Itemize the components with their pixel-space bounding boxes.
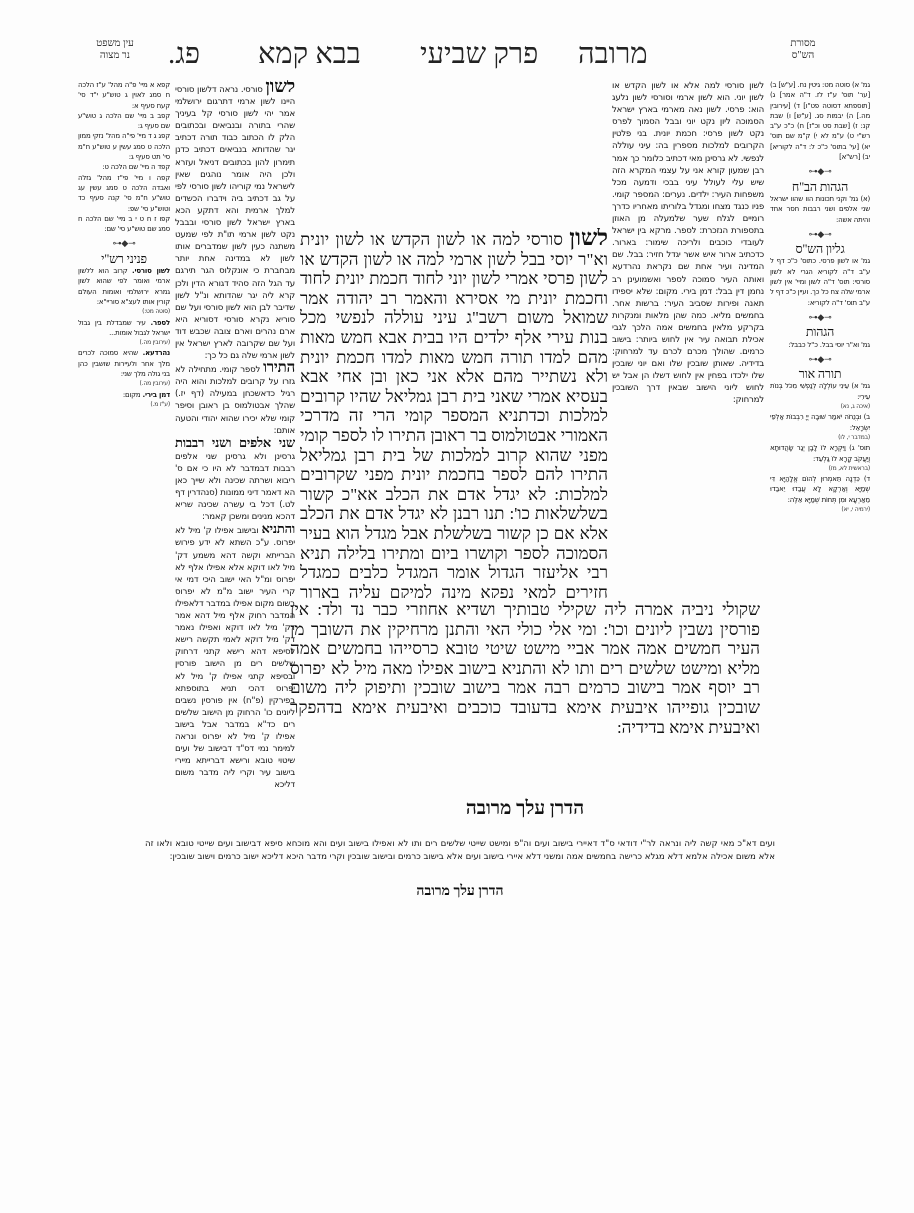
torah-or-title: תורה אור <box>770 369 870 379</box>
gilyon-hashas: גמ' או לשון פרסי. כתוס' כ"כ דף ל ע"ב ד"ה… <box>770 256 870 307</box>
verse: גמ' א) עֵינִי עוֹלְלָה לְנַפְשִׁי מִכֹּל… <box>770 382 870 400</box>
tosafot-text: סורסי. נראה דלשון סורסי היינו לשון ארמי … <box>175 85 295 361</box>
folio-number: פג. <box>168 38 200 70</box>
pninei-source: (עירובין מה.) <box>78 338 170 348</box>
ein-mishpat-entry: קפב ב מיי' שם הלכה ג טוש"ע שם סעיף ג: <box>78 111 170 132</box>
title-line-2: נר מצוה <box>80 50 150 62</box>
torah-or-entry: ב) וּבְנֻחֹה יֹאמַר שׁוּבָה יְיָ רִבְבוֹ… <box>770 412 870 443</box>
pninei-source: (סוטה מט:) <box>78 307 170 317</box>
pninei-entry: נהרדעא. שהיא סמוכה לכרים מלך אחר ולעיירו… <box>78 348 170 389</box>
mesoret-hashas: גמ' א) סוטה מט: גיטין נח. [ע"ש] ב) [ער' … <box>770 80 870 162</box>
mesoret-hashas-title: מסורת הש"ס <box>768 38 838 62</box>
footer-text: ועים דא"כ מאי קשה ליה ונראה לר"י דודאי ס… <box>145 838 775 864</box>
ein-mishpat-title: עין משפט נר מצוה <box>80 38 150 62</box>
rashi-text: לשון סורסי למה אלא או לשון הקדש או לשון … <box>612 80 764 407</box>
pninei-dibbur: לשון סורסי. <box>132 267 170 275</box>
gemara-lead-word: לשון <box>569 228 608 250</box>
ornament-divider: ⊸◆⊷ <box>770 167 870 177</box>
tosafot-dibbur: התירו <box>263 360 295 376</box>
tosafot-text: גרסינן ולא גרסינן שני אלפים רבבות דבמדבר… <box>175 452 295 522</box>
tosafot-dibbur: שני אלפים ושני רבבות <box>175 435 295 450</box>
tosafot-commentary: לשון סורסי. נראה דלשון סורסי היינו לשון … <box>175 80 295 840</box>
pninei-entry: לספר. עיר שמבדלת בין גבול ישראל לגבול או… <box>78 318 170 349</box>
ornament-divider: ⊸◆⊷ <box>770 313 870 323</box>
gemara-text-block-2: שקולי ניביה אמרה ליה שקילי טבותיך ושדיא … <box>290 600 760 780</box>
ornament-divider: ⊸◆⊷ <box>78 239 170 249</box>
hagahot-bach-title: הגהות הב"ח <box>770 182 870 192</box>
chapter-number: פרק שביעי <box>420 38 538 70</box>
ornament-divider: ⊸◆⊷ <box>770 355 870 365</box>
gemara-text-continued: שקולי ניביה אמרה ליה שקילי טבותיך ושדיא … <box>290 600 760 737</box>
title-line-1: עין משפט <box>80 38 150 50</box>
ein-mishpat-entry: קפג ג ד מיי' פי"ה מהל' נזקי ממון הלכה ט … <box>78 131 170 162</box>
pninei-dibbur: לספר. <box>151 319 170 327</box>
ein-mishpat-entry: קפו ז ח ט י ב מיי' שם הלכה ח סמג שם טוש"… <box>78 214 170 235</box>
pninei-entry: דמן בירי. מקום:(ע"ז מ.) <box>78 390 170 411</box>
pninei-text: מקום: <box>123 391 141 399</box>
verse-source: (במדבר י, לו) <box>770 433 870 443</box>
torah-or-entry: גמ' א) עֵינִי עוֹלְלָה לְנַפְשִׁי מִכֹּל… <box>770 381 870 412</box>
torah-or-entry: תוס' ג) וַיִּקְרָא לוֹ לָבָן יְגַר שָׂהֲ… <box>770 443 870 474</box>
ein-mishpat-entry: קפא א מיי' פ"ה מהל' ע"ז הלכה ח סמג לאוין… <box>78 80 170 111</box>
tractate-name: בבא קמא <box>258 38 361 70</box>
ein-mishpat-entry: קפד ה מיי' שם הלכה ט: <box>78 162 170 172</box>
left-margin: קפא א מיי' פ"ה מהל' ע"ז הלכה ח סמג לאוין… <box>78 80 170 480</box>
pninei-entry: לשון סורסי. קרוב הוא ללשון ארמי ואומר לפ… <box>78 266 170 317</box>
talmud-page: מסורת הש"ס מרובה פרק שביעי בבא קמא פג. ע… <box>0 0 914 1213</box>
gilyon-hashas-title: גליון הש"ס <box>770 244 870 254</box>
verse: ב) וּבְנֻחֹה יֹאמַר שׁוּבָה יְיָ רִבְבוֹ… <box>770 413 870 431</box>
hagahot: גמ' וא"ר יוסי בבל. כ"ל כבבל: <box>770 340 870 350</box>
gemara-text-block-1: לשון סורסי למה או לשון הקדש או לשון יוני… <box>300 228 608 598</box>
right-margin: גמ' א) סוטה מט: גיטין נח. [ע"ש] ב) [ער' … <box>770 80 870 680</box>
tosafot-dibbur: והתניא <box>261 521 295 536</box>
pninei-rashi-title: פניני רש"י <box>78 254 170 264</box>
tosafot-text: לספר קומי. מתחילה לא גזרו על קרובים למלכ… <box>175 365 295 435</box>
hagahot-title: הגהות <box>770 327 870 337</box>
tosafot-text: ובישוב אפילו ק' מיל לא יפרוס. ע"כ השתא ל… <box>175 526 295 790</box>
tosafot-footer: ועים דא"כ מאי קשה ליה ונראה לר"י דודאי ס… <box>145 838 775 878</box>
pninei-dibbur: דמן בירי. <box>143 391 171 399</box>
verse-source: (בראשית לא, מז) <box>770 464 870 474</box>
pninei-source: (ע"ז מ.) <box>78 400 170 410</box>
hadran-footer-heading: הדרן עלך מרובה <box>145 884 775 900</box>
ein-mishpat-entry: קפה ו מיי' פי"ז מהל' גזלה ואבדה הלכה ט ס… <box>78 173 170 214</box>
verse: ד) כִּדְנָה תֵּאמְרוּן לְהוֹם אֱלָהַיָּא… <box>770 475 870 504</box>
verse-source: (ירמיה י, יא) <box>770 505 870 515</box>
tosafot-lead-word: לשון <box>265 80 295 96</box>
chapter-name: מרובה <box>578 38 648 70</box>
title-line-1: מסורת <box>768 38 838 50</box>
title-line-2: הש"ס <box>768 50 838 62</box>
verse-source: (איכה ג, נא) <box>770 402 870 412</box>
hagahot-bach: (א) גמ' וקני תכונות הוו שהוו ישראל שני א… <box>770 194 870 225</box>
ornament-divider: ⊸◆⊷ <box>770 230 870 240</box>
pninei-dibbur: נהרדעא. <box>143 349 170 357</box>
hadran-heading: הדרן עלך מרובה <box>290 798 760 820</box>
pninei-source: (עירובין מה.) <box>78 379 170 389</box>
gemara-text: סורסי למה או לשון הקדש או לשון יונית וא"… <box>300 230 608 598</box>
torah-or-entry: ד) כִּדְנָה תֵּאמְרוּן לְהוֹם אֱלָהַיָּא… <box>770 474 870 515</box>
verse: תוס' ג) וַיִּקְרָא לוֹ לָבָן יְגַר שָׂהֲ… <box>770 444 870 462</box>
